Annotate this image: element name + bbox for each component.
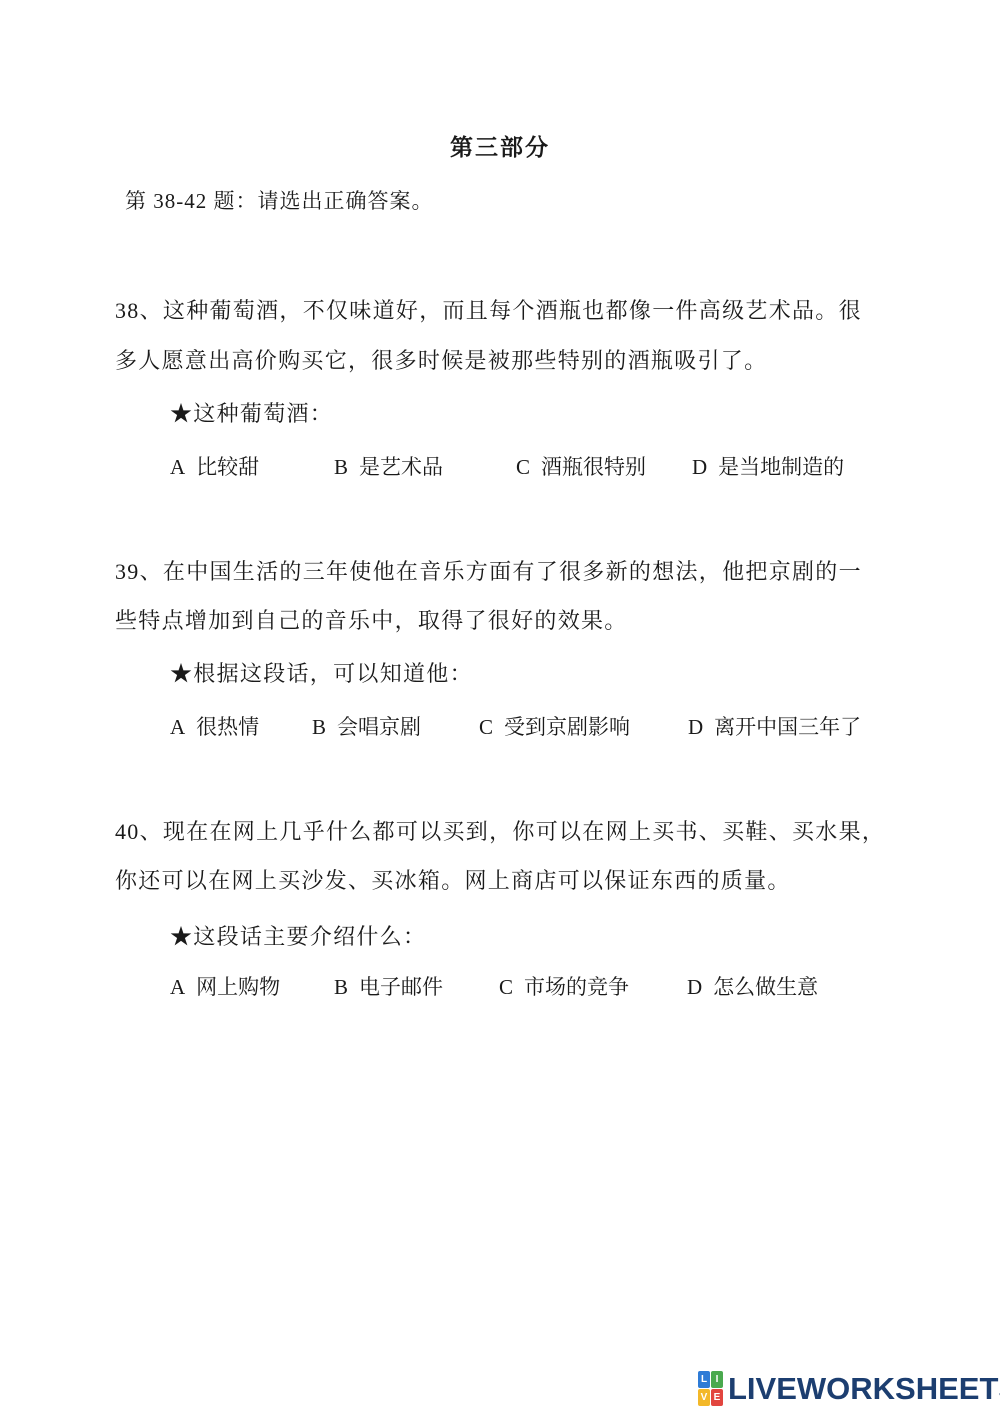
question-39-prompt: ★根据这段话，可以知道他： — [170, 657, 473, 688]
option-letter: D — [687, 975, 702, 999]
question-38-text-line-2: 多人愿意出高价购买它，很多时候是被那些特别的酒瓶吸引了。 — [115, 344, 905, 375]
question-39-text-line-2: 些特点增加到自己的音乐中，取得了很好的效果。 — [115, 604, 905, 635]
option-letter: C — [499, 975, 513, 999]
question-39-option-b[interactable]: B会唱京剧 — [312, 711, 421, 741]
question-38-option-a[interactable]: A比较甜 — [170, 451, 259, 481]
question-38-option-c[interactable]: C酒瓶很特别 — [516, 451, 646, 481]
liveworksheets-wordmark: LIVEWORKSHEETS — [728, 1373, 1000, 1404]
option-letter: B — [312, 715, 326, 739]
option-text: 离开中国三年了 — [714, 715, 861, 739]
option-letter: A — [170, 715, 185, 739]
option-text: 市场的竞争 — [524, 975, 629, 999]
logo-tile-e: E — [711, 1389, 723, 1406]
option-text: 酒瓶很特别 — [541, 455, 646, 479]
logo-tile-v: V — [698, 1389, 710, 1406]
question-39-options-row: A很热情 B会唱京剧 C受到京剧影响 D离开中国三年了 — [0, 711, 1000, 743]
question-40-option-c[interactable]: C市场的竞争 — [499, 971, 629, 1001]
question-40-text-line-2: 你还可以在网上买沙发、买冰箱。网上商店可以保证东西的质量。 — [115, 864, 905, 895]
question-40-prompt: ★这段话主要介绍什么： — [170, 920, 426, 951]
option-letter: A — [170, 455, 185, 479]
question-39-option-d[interactable]: D离开中国三年了 — [688, 711, 861, 741]
question-39-option-c[interactable]: C受到京剧影响 — [479, 711, 630, 741]
logo-tile-i: I — [711, 1371, 723, 1388]
question-38-options-row: A比较甜 B是艺术品 C酒瓶很特别 D是当地制造的 — [0, 451, 1000, 483]
question-40-options-row: A网上购物 B电子邮件 C市场的竞争 D怎么做生意 — [0, 971, 1000, 1003]
option-text: 受到京剧影响 — [504, 715, 630, 739]
option-text: 怎么做生意 — [713, 975, 818, 999]
option-text: 网上购物 — [196, 975, 280, 999]
question-39-text-line-1: 39、在中国生活的三年使他在音乐方面有了很多新的想法，他把京剧的一 — [115, 555, 905, 586]
option-letter: B — [334, 455, 348, 479]
option-letter: D — [692, 455, 707, 479]
liveworksheets-tiles-icon: L I V E — [698, 1371, 723, 1406]
question-38-prompt: ★这种葡萄酒： — [170, 397, 333, 428]
option-letter: A — [170, 975, 185, 999]
question-40-option-d[interactable]: D怎么做生意 — [687, 971, 818, 1001]
option-text: 电子邮件 — [359, 975, 443, 999]
option-text: 很热情 — [196, 715, 259, 739]
question-40-option-b[interactable]: B电子邮件 — [334, 971, 443, 1001]
liveworksheets-logo[interactable]: L I V E LIVEWORKSHEETS — [698, 1371, 1000, 1406]
option-letter: B — [334, 975, 348, 999]
page-title: 第三部分 — [0, 129, 1000, 162]
option-text: 会唱京剧 — [337, 715, 421, 739]
option-text: 是艺术品 — [359, 455, 443, 479]
question-38-text-line-1: 38、这种葡萄酒，不仅味道好，而且每个酒瓶也都像一件高级艺术品。很 — [115, 294, 905, 325]
option-text: 是当地制造的 — [718, 455, 844, 479]
question-40-option-a[interactable]: A网上购物 — [170, 971, 280, 1001]
section-instruction: 第 38-42 题：请选出正确答案。 — [125, 185, 434, 215]
logo-tile-l: L — [698, 1371, 710, 1388]
question-38-option-d[interactable]: D是当地制造的 — [692, 451, 844, 481]
option-letter: C — [516, 455, 530, 479]
question-39-option-a[interactable]: A很热情 — [170, 711, 259, 741]
question-38-option-b[interactable]: B是艺术品 — [334, 451, 443, 481]
option-letter: D — [688, 715, 703, 739]
option-letter: C — [479, 715, 493, 739]
question-40-text-line-1: 40、现在在网上几乎什么都可以买到，你可以在网上买书、买鞋、买水果， — [115, 815, 905, 846]
option-text: 比较甜 — [196, 455, 259, 479]
